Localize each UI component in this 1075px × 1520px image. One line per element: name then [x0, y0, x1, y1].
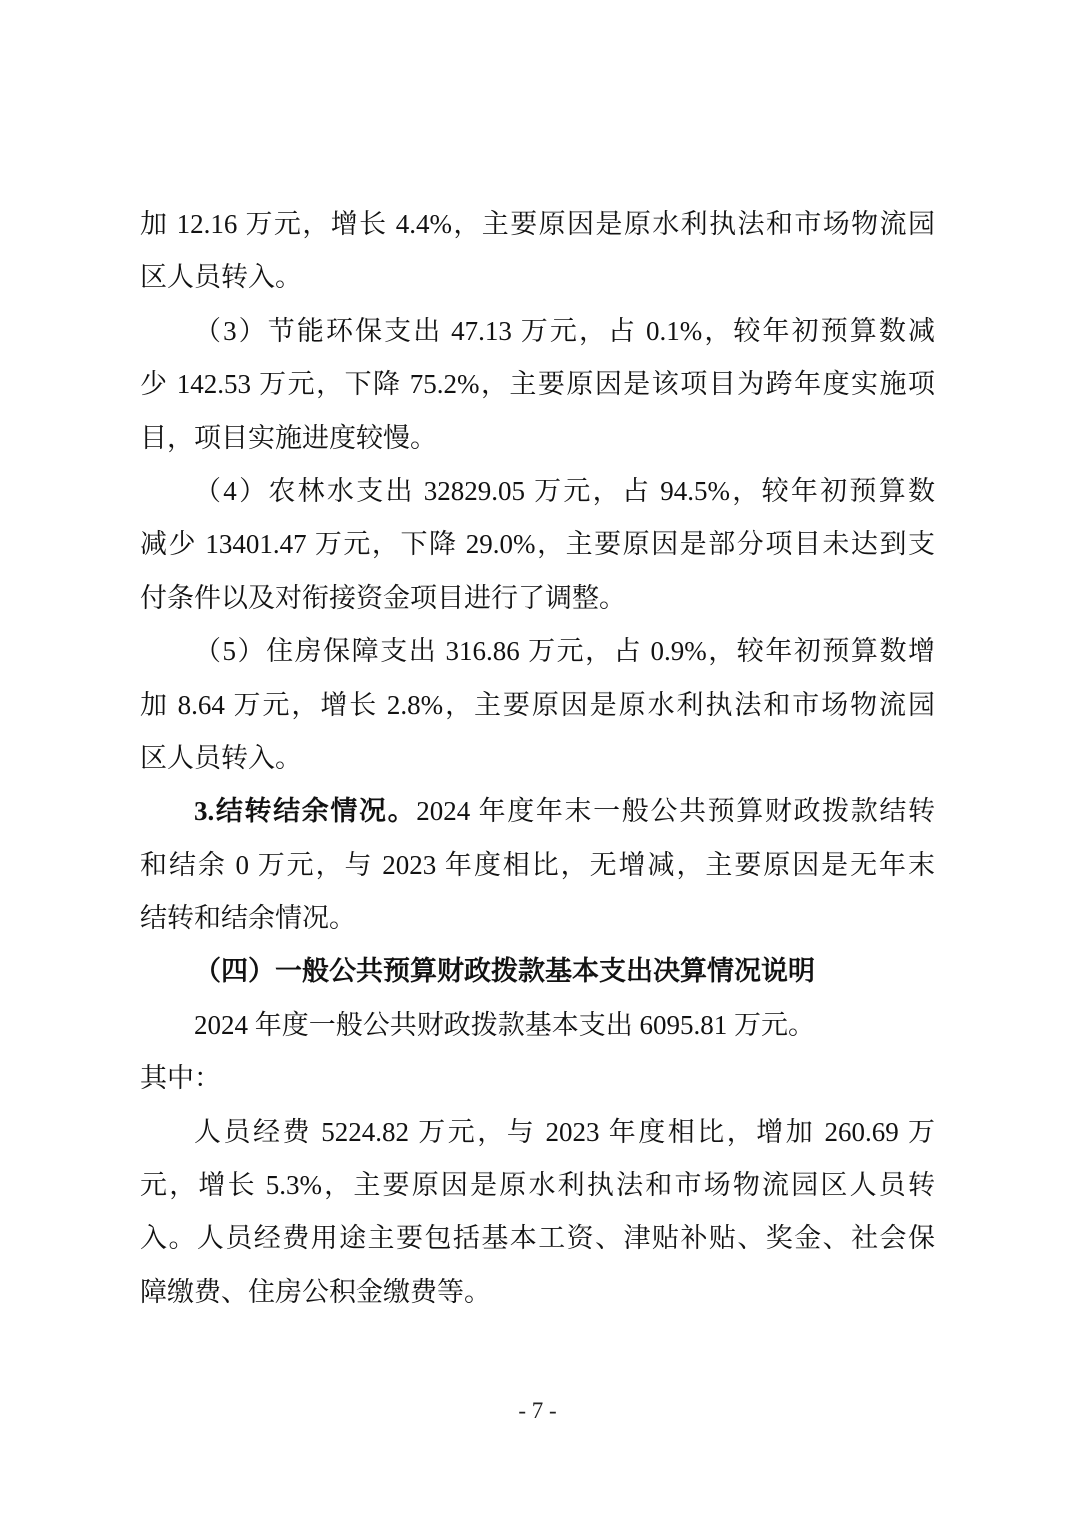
document-line: 付条件以及对衔接资金项目进行了调整。 [140, 572, 935, 625]
document-line: 区人员转入。 [140, 251, 935, 304]
document-line: 加 12.16 万元，增长 4.4%，主要原因是原水利执法和市场物流园 [140, 198, 935, 251]
document-line: 区人员转入。 [140, 732, 935, 785]
document-line: 加 8.64 万元，增长 2.8%，主要原因是原水利执法和市场物流园 [140, 679, 935, 732]
page-number: - 7 - [518, 1398, 556, 1424]
document-body: 加 12.16 万元，增长 4.4%，主要原因是原水利执法和市场物流园 区人员转… [140, 198, 935, 1319]
subsection-heading-bold: 3.结转结余情况。 [194, 796, 416, 826]
document-line: 人员经费 5224.82 万元，与 2023 年度相比，增加 260.69 万 [140, 1106, 935, 1159]
document-line-item-4: （4）农林水支出 32829.05 万元，占 94.5%，较年初预算数 [140, 465, 935, 518]
document-line-subsection-3: 3.结转结余情况。2024 年度年末一般公共预算财政拨款结转 [140, 785, 935, 838]
document-line: 元，增长 5.3%，主要原因是原水利执法和市场物流园区人员转 [140, 1159, 935, 1212]
document-line: 少 142.53 万元，下降 75.2%，主要原因是该项目为跨年度实施项 [140, 358, 935, 411]
document-line: 2024 年度一般公共财政拨款基本支出 6095.81 万元。 [140, 999, 935, 1052]
document-line: 减少 13401.47 万元，下降 29.0%，主要原因是部分项目未达到支 [140, 518, 935, 571]
page-footer: - 7 - [0, 1398, 1075, 1424]
document-line: 结转和结余情况。 [140, 892, 935, 945]
document-line-item-3: （3）节能环保支出 47.13 万元，占 0.1%，较年初预算数减 [140, 305, 935, 358]
document-page: 加 12.16 万元，增长 4.4%，主要原因是原水利执法和市场物流园 区人员转… [0, 0, 1075, 1520]
document-line: 障缴费、住房公积金缴费等。 [140, 1266, 935, 1319]
document-line: 其中： [140, 1052, 935, 1105]
section-heading-line: （四）一般公共预算财政拨款基本支出决算情况说明 [140, 945, 935, 998]
document-line: 目，项目实施进度较慢。 [140, 412, 935, 465]
document-line-item-5: （5）住房保障支出 316.86 万元，占 0.9%，较年初预算数增 [140, 625, 935, 678]
document-line: 和结余 0 万元，与 2023 年度相比，无增减，主要原因是无年末 [140, 839, 935, 892]
subsection-body-text: 2024 年度年末一般公共预算财政拨款结转 [416, 796, 935, 826]
document-line: 入。人员经费用途主要包括基本工资、津贴补贴、奖金、社会保 [140, 1212, 935, 1265]
